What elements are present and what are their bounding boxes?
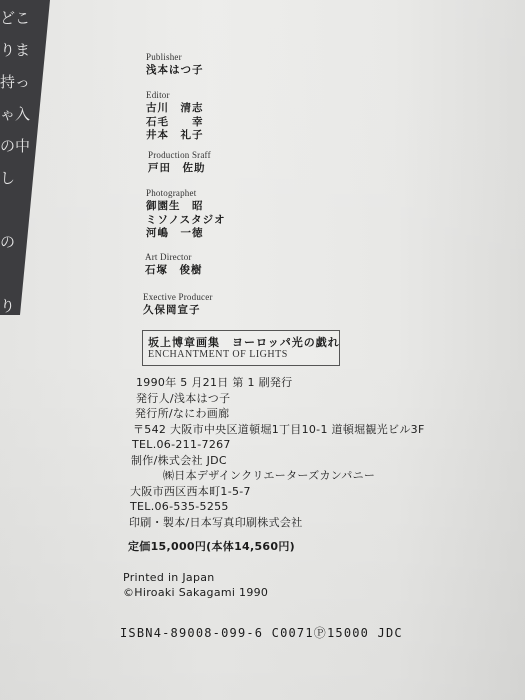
credit-name: 井本 礼子 (146, 129, 204, 143)
facing-text-line: ゃ入 (0, 98, 30, 130)
facing-text-line: の (0, 226, 30, 258)
role-label: Exective Producer (143, 292, 213, 302)
book-title-box: 坂上博章画集 ヨーロッパ光の戯れ ENCHANTMENT OF LIGHTS (142, 330, 340, 366)
colophon-publisher-person: 発行人/浅本はつ子 (133, 391, 425, 407)
credit-name: 御園生 昭 (146, 200, 226, 214)
credit-name: 河嶋 一徳 (146, 227, 226, 241)
facing-text-line: どこ (0, 2, 30, 34)
credit-art-director: Art Director 石塚 俊樹 (145, 252, 203, 278)
printed-notice: Printed in Japan ©Hiroaki Sakagami 1990 (123, 570, 268, 600)
role-label: Production Sraff (148, 150, 211, 160)
role-label: Art Director (145, 252, 203, 262)
role-label: Publisher (146, 52, 204, 62)
price: 定価15,000円(本体14,560円) (128, 538, 295, 554)
facing-page-text: どこ りま 持っ ゃ入 の中 し の り (0, 2, 30, 322)
credit-name: ミソノスタジオ (146, 214, 226, 228)
credit-name: 浅本はつ子 (146, 64, 204, 78)
credit-name: 石塚 俊樹 (145, 264, 203, 278)
colophon-production-tel: TEL.06-535-5255 (130, 499, 425, 515)
credit-executive-producer: Exective Producer 久保岡宣子 (143, 292, 213, 318)
credit-production-staff: Production Sraff 戸田 佐助 (148, 150, 211, 176)
credit-name: 石毛 幸 (146, 116, 204, 130)
credit-name: 久保岡宣子 (143, 304, 213, 318)
facing-text-line: 持っ (0, 66, 30, 98)
facing-text-line: し (0, 162, 30, 194)
role-label: Photographet (146, 188, 226, 198)
printed-in-japan: Printed in Japan (123, 570, 268, 585)
colophon-production: 制作/株式会社 JDC (131, 453, 425, 469)
credit-publisher: Publisher 浅本はつ子 (146, 52, 204, 78)
credit-editor: Editor 古川 清志 石毛 幸 井本 礼子 (146, 90, 204, 143)
facing-text-line: りま (0, 34, 30, 66)
role-label: Editor (146, 90, 204, 100)
credit-name: 古川 清志 (146, 102, 204, 116)
credit-name: 戸田 佐助 (148, 162, 211, 176)
colophon-publishing-house: 発行所/なにわ画廊 (133, 406, 425, 422)
copyright-line: ©Hiroaki Sakagami 1990 (123, 585, 268, 600)
isbn-code: ISBN4-89008-099-6 C0071Ⓟ15000 JDC (120, 624, 403, 641)
book-title-japanese: 坂上博章画集 ヨーロッパ光の戯れ (148, 334, 340, 350)
credit-photographer: Photographet 御園生 昭 ミソノスタジオ 河嶋 一徳 (146, 188, 226, 241)
facing-page-dark-panel: どこ りま 持っ ゃ入 の中 し の り (0, 0, 50, 315)
colophon-address: 〒542 大阪市中央区道頓堀1丁目10-1 道頓堀観光ビル3F (133, 422, 425, 438)
colophon-printer: 印刷・製本/日本写真印刷株式会社 (129, 515, 425, 531)
facing-text-line: り (0, 290, 30, 322)
colophon-date: 1990年 5 月21日 第 1 刷発行 (133, 375, 425, 391)
colophon-production-company: ㈱日本デザインクリエーターズカンパニー (133, 468, 425, 484)
facing-text-line: の中 (0, 130, 30, 162)
colophon-tel: TEL.06-211-7267 (132, 437, 425, 453)
colophon-production-address: 大阪市西区西本町1-5-7 (130, 484, 425, 500)
facing-text-line (0, 258, 30, 290)
facing-text-line (0, 194, 30, 226)
book-title-english: ENCHANTMENT OF LIGHTS (148, 349, 288, 360)
colophon-block: 1990年 5 月21日 第 1 刷発行 発行人/浅本はつ子 発行所/なにわ画廊… (133, 375, 425, 530)
